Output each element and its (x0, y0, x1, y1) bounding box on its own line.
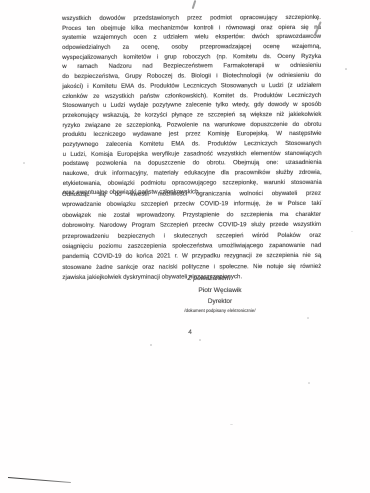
scan-speck (308, 382, 310, 384)
scan-speck (150, 344, 152, 346)
pen-mark-top (192, 0, 196, 9)
signature-block: Piotr Węcławik Dyrektor /dokument podpis… (157, 286, 283, 315)
scan-speck (320, 200, 323, 201)
signer-name: Piotr Węcławik (157, 286, 283, 297)
electronic-signature-note: /dokument podpisany elektronicznie/ (157, 307, 283, 315)
scan-speck (199, 339, 201, 341)
page-number: 4 (184, 329, 196, 336)
scan-speck (23, 162, 25, 164)
signer-title: Dyrektor (157, 297, 283, 307)
scan-speck (345, 68, 347, 70)
scan-speck (351, 231, 353, 232)
scan-artifact-line (8, 477, 71, 483)
scanned-letter-page: wszystkich dowodów przedstawionych przez… (0, 0, 370, 493)
closing-salutation: Z poważaniem (150, 275, 268, 282)
paragraph-1: wszystkich dowodów przedstawionych przez… (62, 14, 322, 199)
scan-speck (307, 317, 309, 319)
paragraph-2: Odnosząc się do kwestii możliwości ogran… (62, 190, 321, 285)
scan-speck (230, 424, 233, 425)
